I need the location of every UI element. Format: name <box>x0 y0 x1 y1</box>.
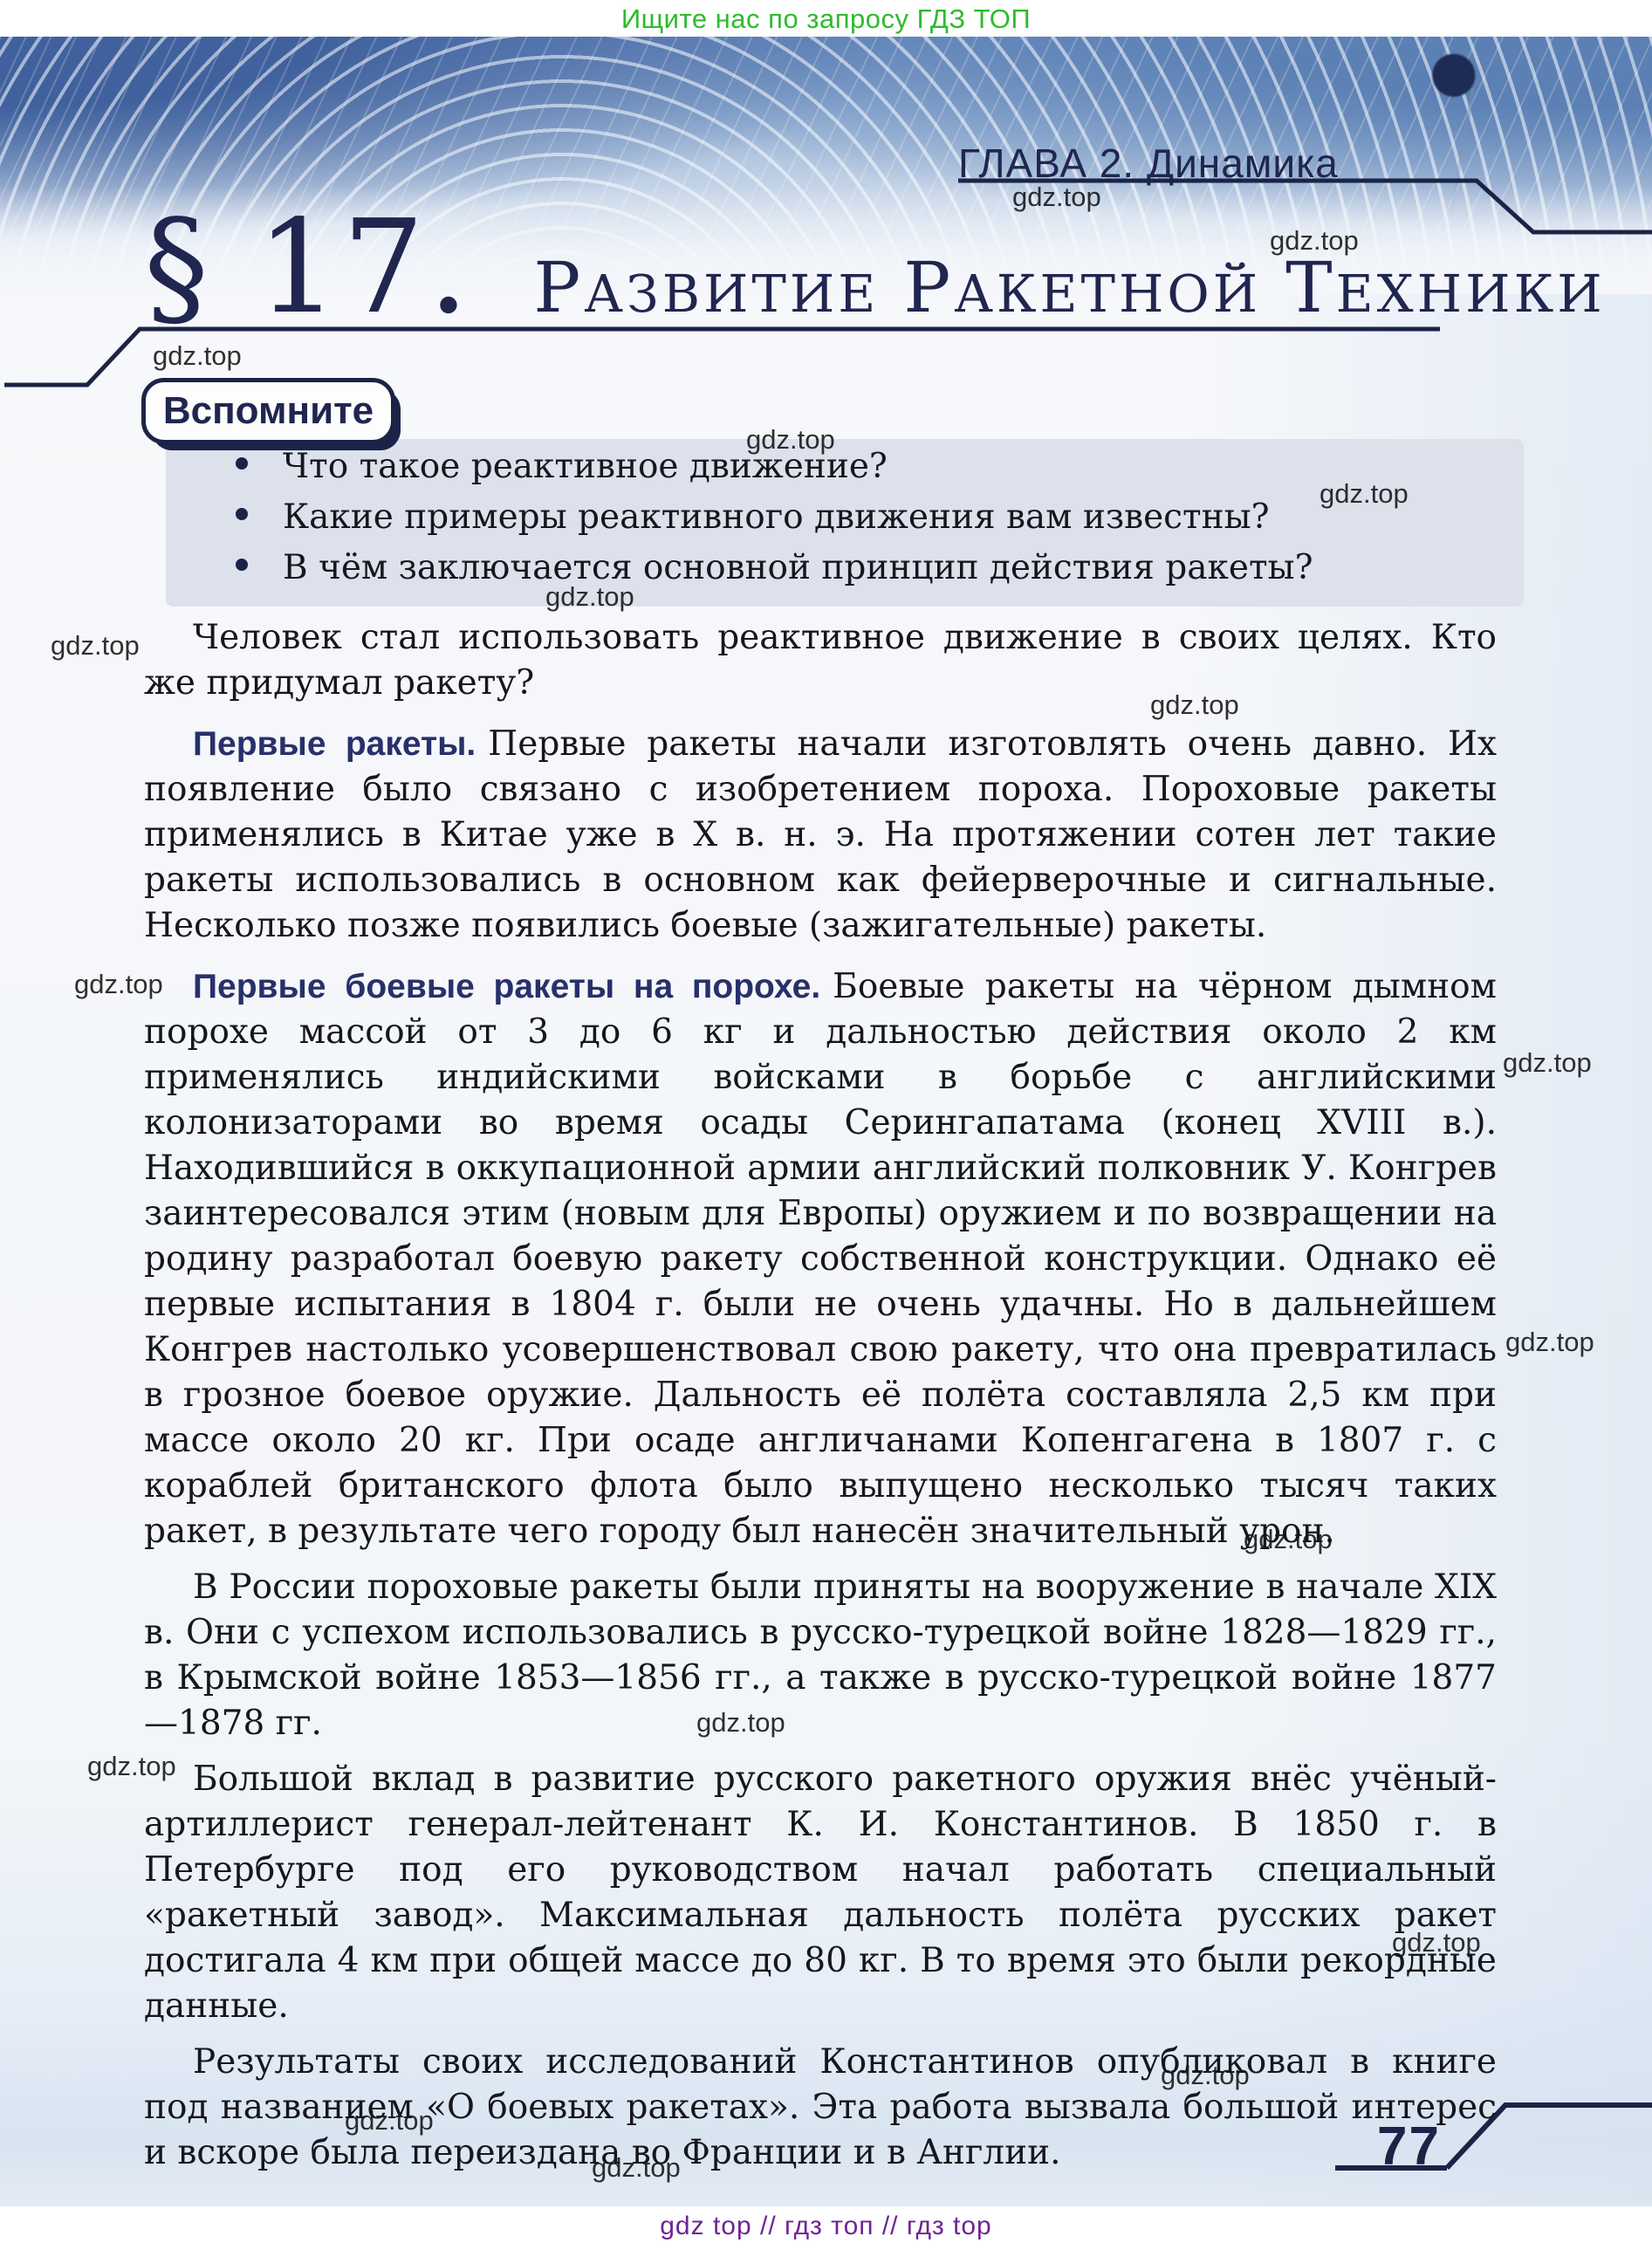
gdz-watermark: gdz.top <box>746 424 835 456</box>
recall-question-list: Что такое реактивное движение? Какие при… <box>236 447 1313 599</box>
paragraph-lead: Первые ракеты. <box>193 725 476 763</box>
list-item: В чём заключается основной принцип дейст… <box>236 548 1313 599</box>
bullet-icon <box>236 508 248 520</box>
paragraph-lead: Первые боевые ракеты на порохе. <box>193 968 820 1005</box>
gdz-watermark: gdz.top <box>1012 182 1101 213</box>
paragraph: Первые боевые ракеты на порохе.Боевые ра… <box>144 964 1497 1554</box>
recall-question: Какие примеры реактивного движения вам и… <box>283 497 1270 537</box>
section-title: § 17. РАЗВИТИЕРАКЕТНОЙТЕХНИКИ <box>144 202 1630 332</box>
gdz-watermark: gdz.top <box>1505 1327 1594 1358</box>
gdz-watermark: gdz.top <box>87 1751 176 1782</box>
gdz-watermark: gdz.top <box>1244 1524 1333 1555</box>
section-title-text: РАЗВИТИЕРАКЕТНОЙТЕХНИКИ <box>533 247 1629 328</box>
paragraph-text: Боевые ракеты на чёрном дымном порохе ма… <box>144 967 1497 1551</box>
recall-question: В чём заключается основной принцип дейст… <box>283 548 1313 587</box>
gdz-watermark: gdz.top <box>1161 2060 1250 2091</box>
gdz-watermark: gdz.top <box>1150 689 1239 721</box>
gdz-watermark: gdz.top <box>345 2105 434 2137</box>
pin-icon <box>1449 88 1475 217</box>
gdz-watermark: gdz.top <box>153 340 242 372</box>
gdz-watermark: gdz.top <box>74 969 163 1000</box>
list-item: Какие примеры реактивного движения вам и… <box>236 497 1313 548</box>
promo-banner-text: Ищите нас по запросу ГДЗ ТОП <box>0 3 1652 35</box>
gdz-watermark: gdz.top <box>51 630 140 662</box>
chapter-heading: ГЛАВА 2. Динамика <box>958 140 1339 187</box>
paragraph-text: В России пороховые ракеты были приняты н… <box>144 1567 1497 1743</box>
body-text: Человек стал использовать реактивное дви… <box>144 615 1497 2186</box>
gdz-watermark: gdz.top <box>1503 1047 1592 1079</box>
gdz-watermark: gdz.top <box>545 581 634 613</box>
bullet-icon <box>236 457 248 470</box>
title-word: РАКЕТНОЙ <box>903 298 1261 315</box>
page-number: 77 <box>1377 2116 1441 2178</box>
footer-links[interactable]: gdz top // гдз топ // гдз top <box>0 2212 1652 2241</box>
paragraph-text: Человек стал использовать реактивное дви… <box>144 618 1497 703</box>
gdz-watermark: gdz.top <box>1320 478 1409 510</box>
gdz-watermark: gdz.top <box>696 1707 785 1739</box>
title-word: РАЗВИТИЕ <box>533 298 879 315</box>
paragraph: Большой вклад в развитие русского ракетн… <box>144 1757 1497 2029</box>
page: Ищите нас по запросу ГДЗ ТОП ГЛАВА 2. Ди… <box>0 0 1652 2243</box>
recall-tab-label: Вспомните <box>163 389 374 433</box>
paragraph-text: Большой вклад в развитие русского ракетн… <box>144 1759 1497 2026</box>
section-number: § 17. <box>144 202 472 332</box>
gdz-watermark: gdz.top <box>1270 225 1359 257</box>
gdz-watermark: gdz.top <box>592 2152 681 2184</box>
bullet-icon <box>236 559 248 571</box>
paragraph: Человек стал использовать реактивное дви… <box>144 615 1497 706</box>
recall-tab: Вспомните <box>141 378 395 444</box>
gdz-watermark: gdz.top <box>1392 1927 1481 1958</box>
paragraph: В России пороховые ракеты были приняты н… <box>144 1565 1497 1746</box>
title-word: ТЕХНИКИ <box>1285 298 1605 315</box>
paragraph: Первые ракеты.Первые ракеты начали изгот… <box>144 722 1497 949</box>
